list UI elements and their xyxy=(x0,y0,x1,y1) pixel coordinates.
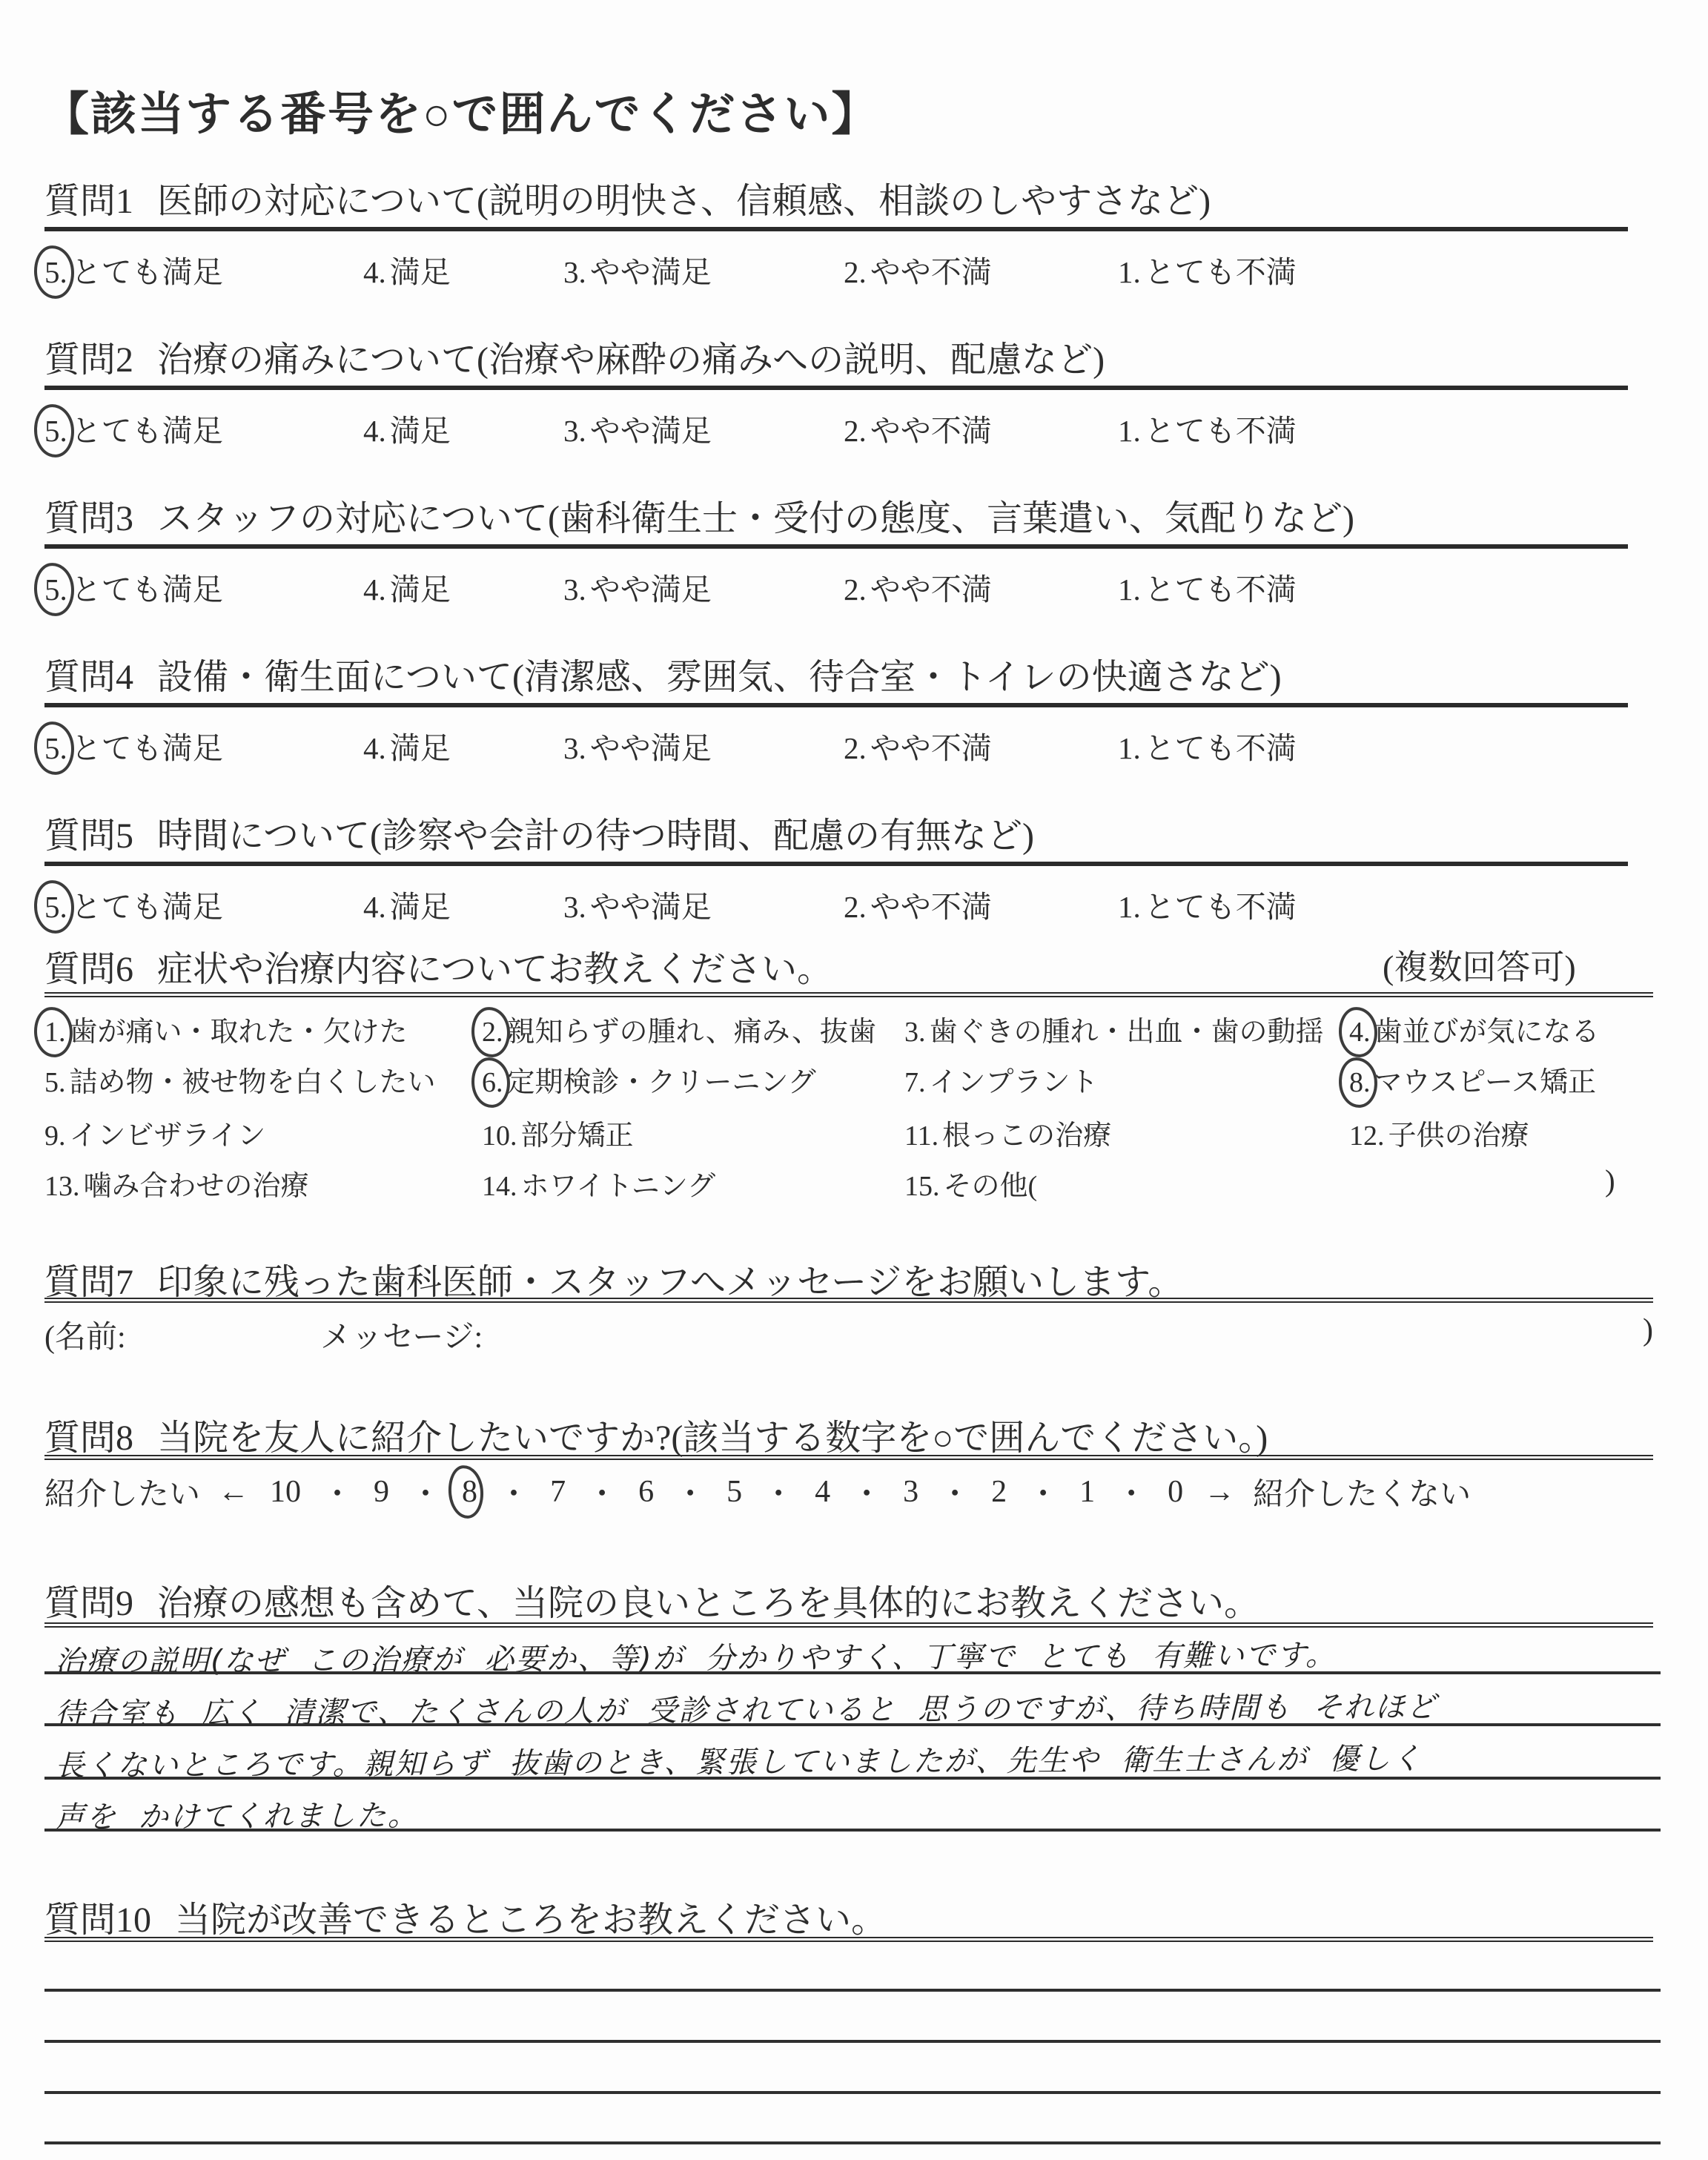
dot-separator: ・ xyxy=(498,1470,529,1514)
question-number: 質問5 xyxy=(44,816,133,856)
symptom-label: 詰め物・被せ物を白くしたい xyxy=(70,1059,436,1100)
rating-label: やや不満 xyxy=(870,406,992,450)
question-heading: 質問5時間について(診察や会計の待つ時間、配慮の有無など) xyxy=(44,807,1034,858)
symptom-option: 11.根っこの治療 xyxy=(904,1112,1111,1153)
left-arrow-icon: ← xyxy=(218,1474,249,1510)
rating-number: 1. xyxy=(1118,889,1145,925)
symptom-label: その他( xyxy=(944,1163,1038,1203)
question-number: 質問7 xyxy=(44,1263,133,1302)
nps-scale-row: 紹介したい←10・9・8・7・6・5・4・3・2・1・0→紹介したくない xyxy=(44,1470,1471,1514)
question-6-section: 質問6症状や治療内容についてお教えください。 (複数回答可) 1.歯が痛い・取れ… xyxy=(44,940,1661,1237)
rating-label: やや不満 xyxy=(870,882,992,926)
rating-label: 満足 xyxy=(390,724,451,767)
question-topic: 当院が改善できるところをお教えください。 xyxy=(175,1900,887,1940)
rating-label: とても満足 xyxy=(71,565,223,609)
symptom-option: 9.インビザライン xyxy=(44,1112,265,1153)
symptom-number: 10. xyxy=(482,1120,521,1152)
question-topic: 印象に残った歯科医師・スタッフへメッセージをお願いします。 xyxy=(157,1263,1183,1302)
rating-option: 2.やや不満 xyxy=(844,565,992,609)
rating-option: 1.とても不満 xyxy=(1118,565,1297,609)
question-heading: 質問1医師の対応について(説明の明快さ、信頼感、相談のしやすさなど) xyxy=(44,172,1211,223)
rating-options: 5.とても満足4.満足3.やや満足2.やや不満1.とても不満 xyxy=(44,406,1661,458)
rating-label: やや不満 xyxy=(870,565,992,609)
question-topic: 症状や治療内容についてお教えください。 xyxy=(157,950,833,989)
dot-separator: ・ xyxy=(763,1470,794,1514)
rating-number: 3. xyxy=(563,889,590,925)
rating-number: 4. xyxy=(363,572,390,607)
rating-option: 5.とても満足 xyxy=(44,565,223,609)
question-number: 質問8 xyxy=(44,1418,133,1458)
dot-separator: ・ xyxy=(586,1470,618,1514)
question-heading: 質問7印象に残った歯科医師・スタッフへメッセージをお願いします。 xyxy=(44,1253,1183,1304)
symptom-option: 10.部分矯正 xyxy=(482,1112,634,1153)
rating-number: 1. xyxy=(1118,413,1145,449)
rating-number-circled: 5. xyxy=(44,572,71,607)
symptom-number: 14. xyxy=(482,1170,521,1203)
rating-number: 2. xyxy=(844,572,870,607)
rating-option: 4.満足 xyxy=(363,565,451,609)
rating-label: やや満足 xyxy=(590,724,712,767)
nps-number: 0 xyxy=(1165,1474,1186,1510)
nps-number: 5 xyxy=(724,1474,745,1510)
rating-option: 5.とても満足 xyxy=(44,724,223,767)
question-heading: 質問6症状や治療内容についてお教えください。 xyxy=(44,940,833,991)
nps-number: 10 xyxy=(267,1474,304,1510)
question-10-section: 質問10当院が改善できるところをお教えください。 xyxy=(44,1891,1661,2150)
question-topic: 治療の痛みについて(治療や麻酔の痛みへの説明、配慮など) xyxy=(157,340,1105,380)
page-title: 【該当する番号を○で囲んでください】 xyxy=(43,77,878,143)
question-heading: 質問10当院が改善できるところをお教えください。 xyxy=(44,1891,887,1942)
symptom-option: 6.定期検診・クリーニング xyxy=(482,1059,816,1100)
nps-number: 3 xyxy=(900,1474,921,1510)
ruled-line xyxy=(44,2141,1661,2144)
rating-option: 5.とても満足 xyxy=(44,406,223,450)
scanned-survey-page: 【該当する番号を○で囲んでください】 質問1医師の対応について(説明の明快さ、信… xyxy=(0,0,1708,2160)
message-field-label: メッセージ: xyxy=(320,1312,483,1357)
question-heading: 質問2治療の痛みについて(治療や麻酔の痛みへの説明、配慮など) xyxy=(44,331,1105,382)
rating-label: やや不満 xyxy=(870,724,992,767)
symptom-label: マウスピース矯正 xyxy=(1374,1059,1596,1100)
nps-number: 2 xyxy=(988,1474,1010,1510)
ruled-line xyxy=(44,2091,1661,2094)
rating-number: 4. xyxy=(363,730,390,766)
rating-option: 1.とても不満 xyxy=(1118,882,1297,926)
dot-separator: ・ xyxy=(675,1470,706,1514)
symptom-option: 5.詰め物・被せ物を白くしたい xyxy=(44,1059,436,1100)
rating-number-circled: 5. xyxy=(44,254,71,290)
nps-right-label: 紹介したくない xyxy=(1253,1470,1471,1514)
symptom-number-circled: 1. xyxy=(44,1016,70,1048)
rating-label: とても満足 xyxy=(71,406,223,450)
rating-number: 2. xyxy=(844,730,870,766)
symptom-number-circled: 2. xyxy=(482,1016,507,1048)
question-1-section: 質問1医師の対応について(説明の明快さ、信頼感、相談のしやすさなど)5.とても満… xyxy=(44,172,1661,313)
rating-label: やや満足 xyxy=(590,565,712,609)
ruled-line xyxy=(44,1671,1661,1674)
symptom-label: 歯並びが気になる xyxy=(1374,1008,1600,1049)
rating-number: 4. xyxy=(363,413,390,449)
dot-separator: ・ xyxy=(322,1470,353,1514)
right-arrow-icon: → xyxy=(1204,1474,1235,1510)
nps-number-circled: 8 xyxy=(459,1474,480,1510)
nps-number: 6 xyxy=(635,1474,657,1510)
heading-underline xyxy=(44,862,1628,866)
symptom-label: 部分矯正 xyxy=(521,1112,634,1153)
rating-number: 3. xyxy=(563,413,590,449)
rating-option: 1.とても不満 xyxy=(1118,724,1297,767)
symptom-label: 定期検診・クリーニング xyxy=(507,1059,816,1100)
rating-number: 3. xyxy=(563,572,590,607)
rating-label: とても満足 xyxy=(71,724,223,767)
symptom-number: 9. xyxy=(44,1120,70,1152)
question-5-section: 質問5時間について(診察や会計の待つ時間、配慮の有無など)5.とても満足4.満足… xyxy=(44,807,1661,948)
rating-number: 3. xyxy=(563,730,590,766)
symptom-option: 12.子供の治療 xyxy=(1349,1112,1529,1153)
symptom-number: 5. xyxy=(44,1066,70,1099)
rating-label: 満足 xyxy=(390,248,451,291)
heading-underline xyxy=(44,1622,1653,1628)
rating-option: 4.満足 xyxy=(363,248,451,291)
ruled-line xyxy=(44,1829,1661,1832)
rating-option: 3.やや満足 xyxy=(563,882,712,926)
symptom-label: 親知らずの腫れ、痛み、抜歯 xyxy=(507,1008,877,1049)
nps-number: 9 xyxy=(371,1474,392,1510)
nps-number: 7 xyxy=(547,1474,569,1510)
question-9-section: 質問9治療の感想も含めて、当院の良いところを具体的にお教えください。 治療の説明… xyxy=(44,1574,1661,1841)
question-number: 質問4 xyxy=(44,658,133,697)
rating-number: 4. xyxy=(363,254,390,290)
close-paren: ) xyxy=(1643,1312,1653,1348)
rating-label: やや満足 xyxy=(590,248,712,291)
rating-options: 5.とても満足4.満足3.やや満足2.やや不満1.とても不満 xyxy=(44,882,1661,934)
question-topic: 当院を友人に紹介したいですか?(該当する数字を○で囲んでください。) xyxy=(157,1418,1268,1458)
ruled-line xyxy=(44,2040,1661,2043)
symptom-option: 2.親知らずの腫れ、痛み、抜歯 xyxy=(482,1008,876,1049)
symptom-label: ホワイトニング xyxy=(521,1163,716,1203)
rating-label: とても不満 xyxy=(1145,248,1297,291)
rating-label: とても不満 xyxy=(1145,406,1297,450)
dot-separator: ・ xyxy=(410,1470,441,1514)
rating-option: 3.やや満足 xyxy=(563,248,712,291)
question-topic: 治療の感想も含めて、当院の良いところを具体的にお教えください。 xyxy=(157,1584,1260,1623)
question-number: 質問2 xyxy=(44,340,133,380)
rating-label: やや満足 xyxy=(590,882,712,926)
question-heading: 質問9治療の感想も含めて、当院の良いところを具体的にお教えください。 xyxy=(44,1574,1260,1625)
rating-option: 4.満足 xyxy=(363,882,451,926)
rating-label: とても満足 xyxy=(71,882,223,926)
symptom-label: インプラント xyxy=(930,1059,1099,1100)
rating-option: 3.やや満足 xyxy=(563,724,712,767)
question-heading: 質問4設備・衛生面について(清潔感、雰囲気、待合室・トイレの快適さなど) xyxy=(44,648,1282,699)
rating-label: 満足 xyxy=(390,406,451,450)
symptom-number: 15. xyxy=(904,1170,944,1203)
rating-number-circled: 5. xyxy=(44,889,71,925)
rating-number: 2. xyxy=(844,413,870,449)
question-heading: 質問8当院を友人に紹介したいですか?(該当する数字を○で囲んでください。) xyxy=(44,1409,1268,1460)
dot-separator: ・ xyxy=(1027,1470,1059,1514)
question-7-section: 質問7印象に残った歯科医師・スタッフへメッセージをお願いします。 (名前: メッ… xyxy=(44,1253,1661,1372)
rating-number: 2. xyxy=(844,889,870,925)
nps-number: 1 xyxy=(1076,1474,1098,1510)
symptom-number: 11. xyxy=(904,1120,942,1152)
symptom-label: 子供の治療 xyxy=(1388,1112,1529,1153)
dot-separator: ・ xyxy=(939,1470,970,1514)
nps-number: 4 xyxy=(812,1474,833,1510)
symptom-option: 4.歯並びが気になる xyxy=(1349,1008,1600,1049)
symptom-option: 1.歯が痛い・取れた・欠けた xyxy=(44,1008,408,1049)
question-topic: 時間について(診察や会計の待つ時間、配慮の有無など) xyxy=(157,816,1034,856)
rating-label: とても不満 xyxy=(1145,565,1297,609)
ruled-line xyxy=(44,1777,1661,1780)
symptom-option: 8.マウスピース矯正 xyxy=(1349,1059,1596,1100)
rating-options: 5.とても満足4.満足3.やや満足2.やや不満1.とても不満 xyxy=(44,565,1661,617)
rating-number: 3. xyxy=(563,254,590,290)
question-topic: 設備・衛生面について(清潔感、雰囲気、待合室・トイレの快適さなど) xyxy=(157,658,1282,697)
symptom-number-circled: 4. xyxy=(1349,1016,1374,1048)
symptom-number-circled: 6. xyxy=(482,1066,507,1099)
question-3-section: 質問3スタッフの対応について(歯科衛生士・受付の態度、言葉遣い、気配りなど)5.… xyxy=(44,489,1661,630)
symptom-option: 13.噛み合わせの治療 xyxy=(44,1163,309,1203)
rating-options: 5.とても満足4.満足3.やや満足2.やや不満1.とても不満 xyxy=(44,724,1661,776)
symptom-number-circled: 8. xyxy=(1349,1066,1374,1099)
rating-number: 1. xyxy=(1118,254,1145,290)
rating-number: 1. xyxy=(1118,572,1145,607)
rating-number: 2. xyxy=(844,254,870,290)
heading-underline xyxy=(44,703,1628,707)
question-4-section: 質問4設備・衛生面について(清潔感、雰囲気、待合室・トイレの快適さなど)5.とて… xyxy=(44,648,1661,789)
rating-label: やや満足 xyxy=(590,406,712,450)
rating-label: 満足 xyxy=(390,882,451,926)
rating-number-circled: 5. xyxy=(44,730,71,766)
question-heading: 質問3スタッフの対応について(歯科衛生士・受付の態度、言葉遣い、気配りなど) xyxy=(44,489,1354,541)
symptom-label: 噛み合わせの治療 xyxy=(84,1163,309,1203)
rating-option: 2.やや不満 xyxy=(844,406,992,450)
rating-option: 5.とても満足 xyxy=(44,882,223,926)
rating-option: 4.満足 xyxy=(363,724,451,767)
heading-underline xyxy=(44,1937,1653,1942)
rating-option: 1.とても不満 xyxy=(1118,248,1297,291)
question-number: 質問10 xyxy=(44,1900,151,1940)
heading-underline xyxy=(44,544,1628,549)
multiple-answers-note: (複数回答可) xyxy=(1383,940,1576,989)
ruled-line xyxy=(44,1723,1661,1726)
name-message-row: (名前: メッセージ: ) xyxy=(44,1312,1661,1357)
question-number: 質問1 xyxy=(44,182,133,221)
symptom-number: 7. xyxy=(904,1066,930,1099)
rating-option: 5.とても満足 xyxy=(44,248,223,291)
heading-underline xyxy=(44,1455,1653,1460)
rating-number: 1. xyxy=(1118,730,1145,766)
rating-option: 4.満足 xyxy=(363,406,451,450)
heading-underline xyxy=(44,1298,1653,1303)
question-number: 質問6 xyxy=(44,950,133,989)
question-number: 質問9 xyxy=(44,1584,133,1623)
symptom-option: 7.インプラント xyxy=(904,1059,1099,1100)
symptom-option: 14.ホワイトニング xyxy=(482,1163,715,1203)
question-topic: スタッフの対応について(歯科衛生士・受付の態度、言葉遣い、気配りなど) xyxy=(157,499,1354,538)
name-field-label: (名前: xyxy=(44,1321,126,1355)
question-topic: 医師の対応について(説明の明快さ、信頼感、相談のしやすさなど) xyxy=(157,182,1211,221)
rating-number-circled: 5. xyxy=(44,413,71,449)
rating-option: 2.やや不満 xyxy=(844,248,992,291)
rating-options: 5.とても満足4.満足3.やや満足2.やや不満1.とても不満 xyxy=(44,248,1661,300)
heading-underline xyxy=(44,992,1653,997)
rating-number: 4. xyxy=(363,889,390,925)
symptom-number: 12. xyxy=(1349,1120,1388,1152)
nps-left-label: 紹介したい xyxy=(44,1470,200,1514)
question-2-section: 質問2治療の痛みについて(治療や麻酔の痛みへの説明、配慮など)5.とても満足4.… xyxy=(44,331,1661,472)
dot-separator: ・ xyxy=(1116,1470,1147,1514)
rating-option: 1.とても不満 xyxy=(1118,406,1297,450)
symptom-label: 歯が痛い・取れた・欠けた xyxy=(70,1008,408,1049)
other-close-paren: ) xyxy=(1605,1163,1615,1198)
dot-separator: ・ xyxy=(851,1470,882,1514)
symptom-label: 歯ぐきの腫れ・出血・歯の動揺 xyxy=(930,1008,1324,1049)
symptom-option: 3.歯ぐきの腫れ・出血・歯の動揺 xyxy=(904,1008,1324,1049)
symptom-number: 13. xyxy=(44,1170,84,1203)
rating-label: とても不満 xyxy=(1145,882,1297,926)
rating-label: とても満足 xyxy=(71,248,223,291)
symptom-label: 根っこの治療 xyxy=(942,1112,1111,1153)
question-number: 質問3 xyxy=(44,499,133,538)
question-8-section: 質問8当院を友人に紹介したいですか?(該当する数字を○で囲んでください。) 紹介… xyxy=(44,1409,1661,1535)
ruled-line xyxy=(44,1989,1661,1992)
symptom-number: 3. xyxy=(904,1016,930,1048)
rating-option: 3.やや満足 xyxy=(563,406,712,450)
rating-label: とても不満 xyxy=(1145,724,1297,767)
symptom-options: 1.歯が痛い・取れた・欠けた2.親知らずの腫れ、痛み、抜歯3.歯ぐきの腫れ・出血… xyxy=(44,1008,1661,1231)
rating-label: 満足 xyxy=(390,565,451,609)
heading-underline xyxy=(44,386,1628,390)
rating-label: やや不満 xyxy=(870,248,992,291)
rating-option: 2.やや不満 xyxy=(844,724,992,767)
symptom-option: 15.その他( xyxy=(904,1163,1037,1203)
heading-underline xyxy=(44,227,1628,231)
rating-option: 2.やや不満 xyxy=(844,882,992,926)
rating-option: 3.やや満足 xyxy=(563,565,712,609)
symptom-label: インビザライン xyxy=(70,1112,266,1153)
